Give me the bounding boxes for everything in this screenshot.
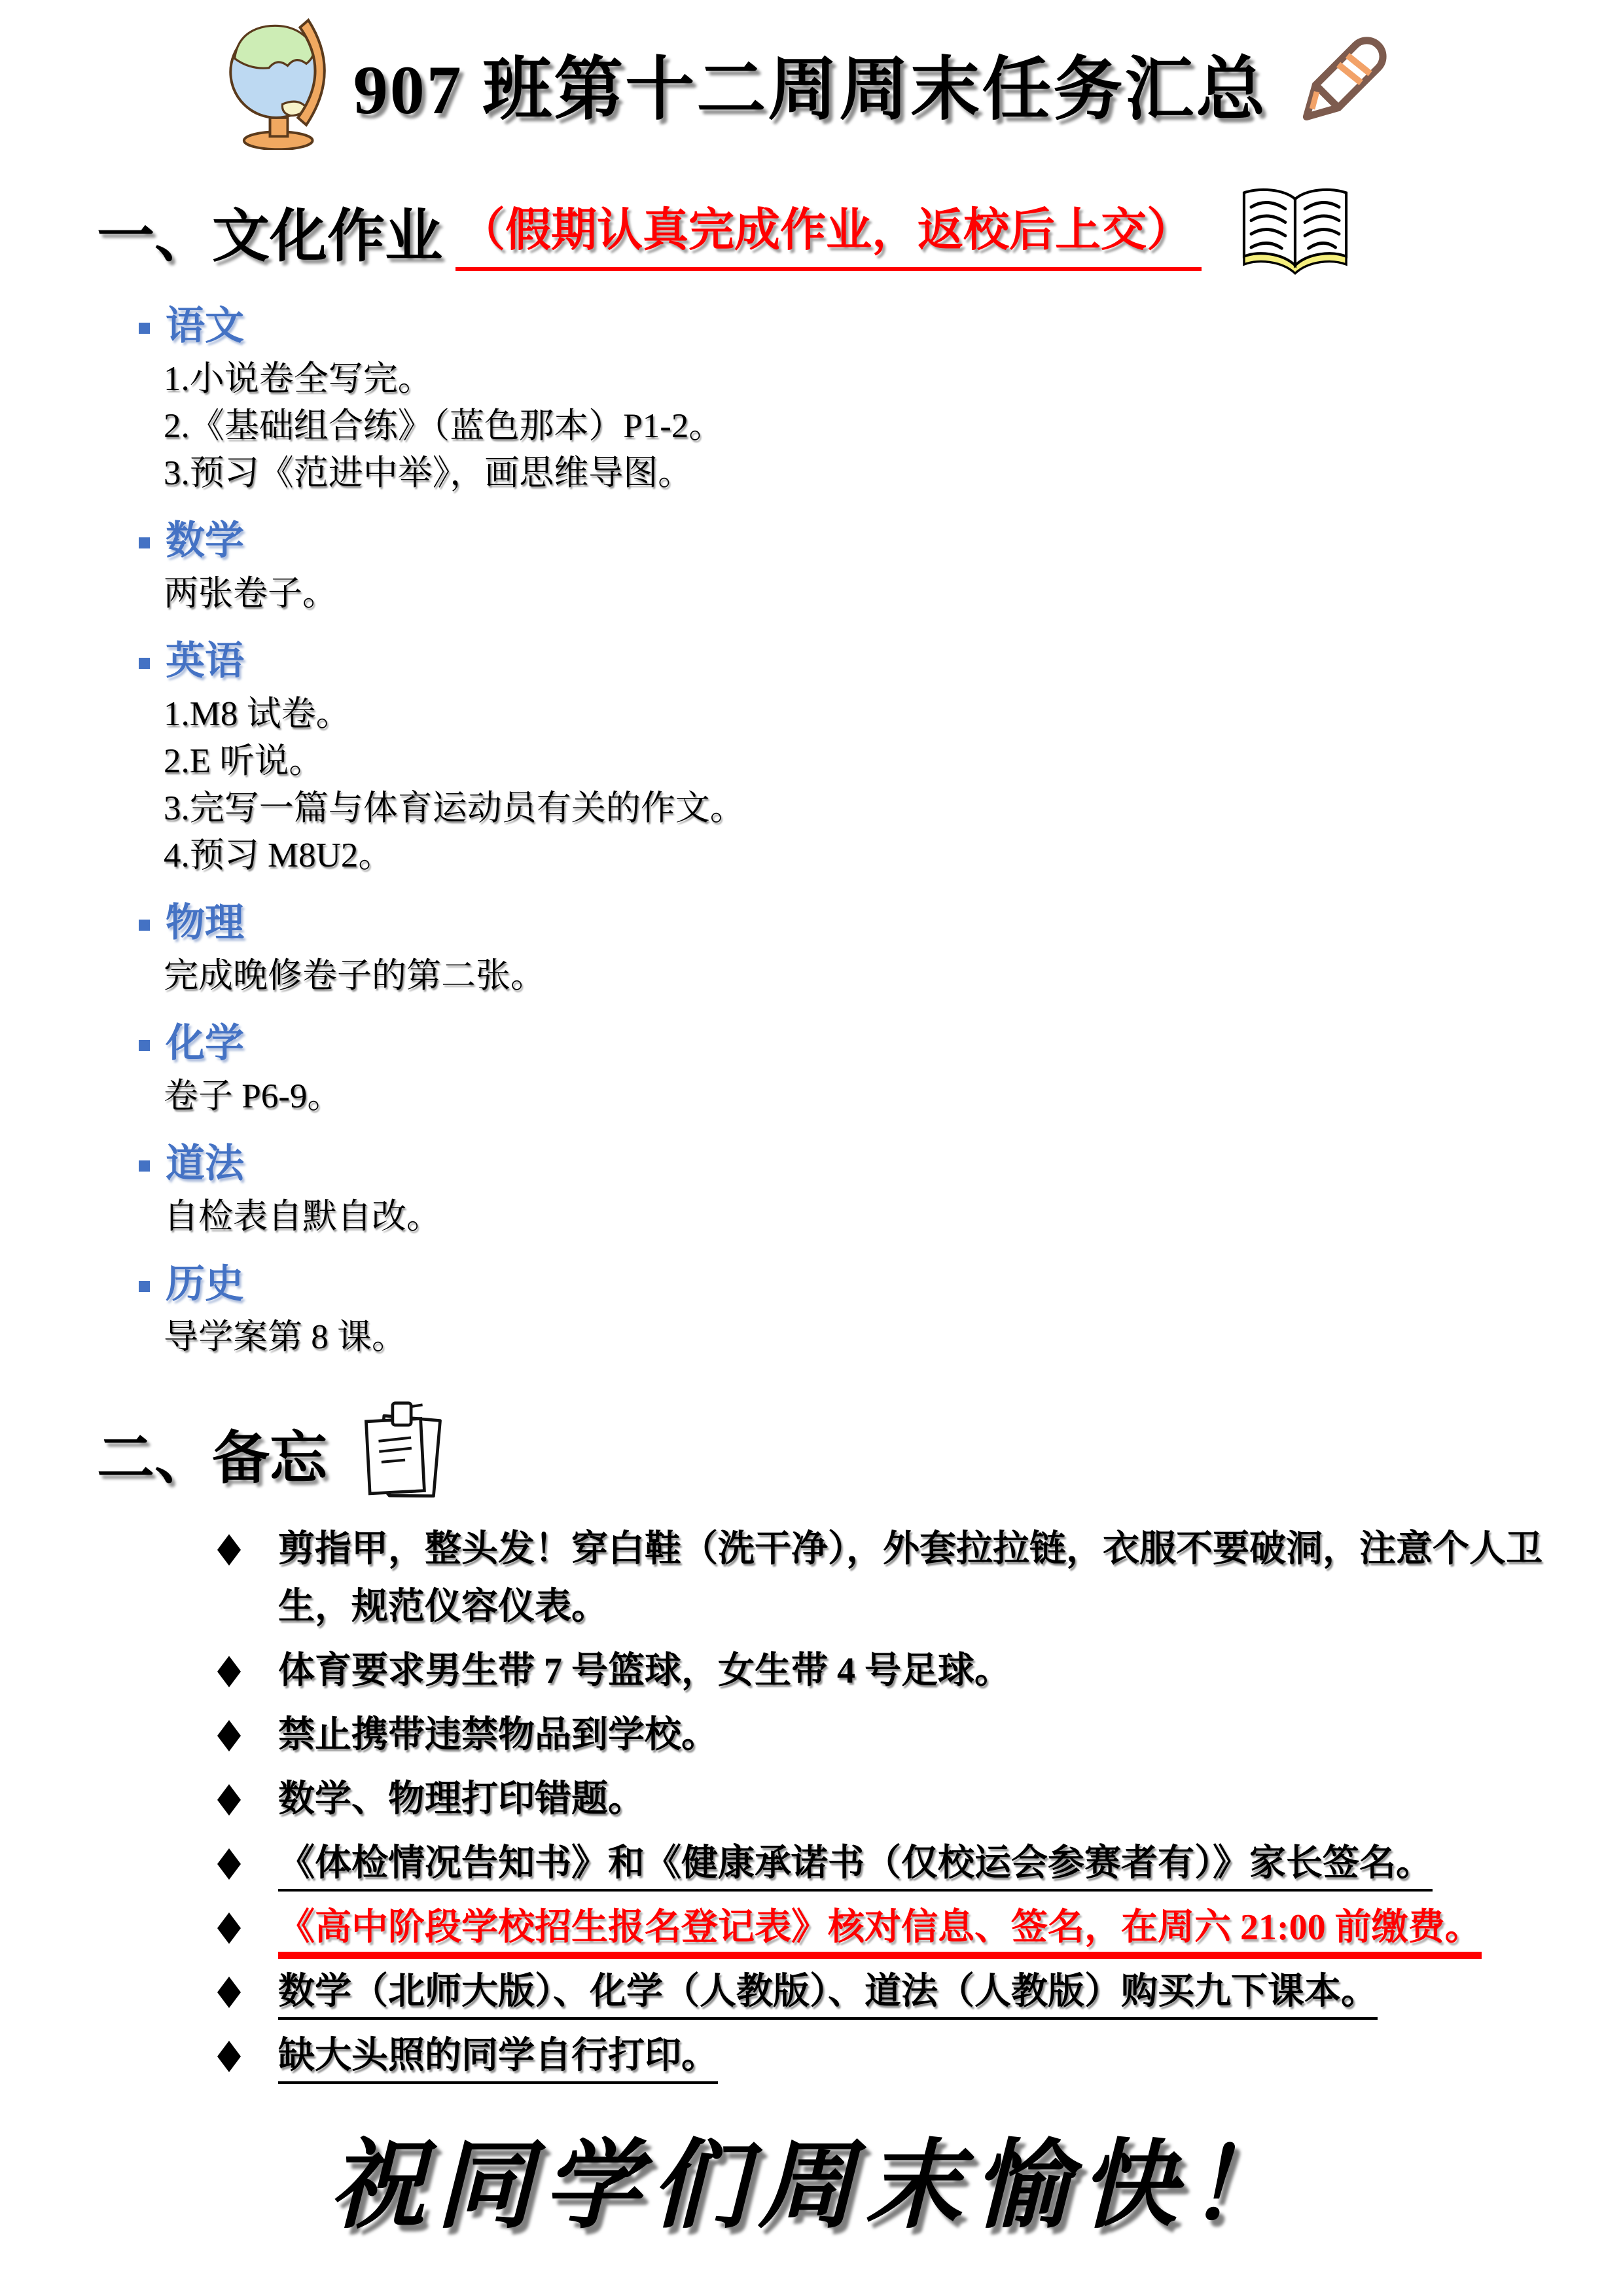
homework-item: 完成晚修卷子的第二张。	[164, 952, 1623, 999]
section-memo-heading-row: 二、备忘	[97, 1399, 1623, 1509]
square-bullet-icon	[139, 323, 150, 334]
subject-name: 化学	[166, 1022, 244, 1065]
diamond-bullet-icon	[217, 1848, 241, 1880]
subject-items: 1.M8 试卷。 2.E 听说。 3.完写一篇与体育运动员有关的作文。 4.预习…	[164, 691, 1623, 879]
subject-block-math: 数学 两张卷子。	[139, 519, 1623, 617]
square-bullet-icon	[139, 1281, 150, 1292]
diamond-bullet-icon	[217, 1912, 241, 1944]
homework-item: 1.小说卷全写完。	[164, 355, 1623, 403]
document-page: 907 班第十二周周末任务汇总 一、文化作业 （假期认真完成作业，返校后上交）	[0, 0, 1623, 2296]
homework-item: 4.预习 M8U2。	[164, 832, 1623, 879]
homework-item: 自检表自默自改。	[164, 1193, 1623, 1240]
subject-items: 两张卷子。	[164, 570, 1623, 617]
subject-heading: 道法	[139, 1142, 1623, 1185]
subject-name: 数学	[166, 519, 244, 562]
memo-item: 数学、物理打印错题。	[216, 1770, 1554, 1828]
memo-item: 禁止携带违禁物品到学校。	[216, 1706, 1554, 1764]
subject-block-history: 历史 导学案第 8 课。	[139, 1263, 1623, 1361]
page-title: 907 班第十二周周末任务汇总	[353, 34, 1268, 134]
globe-icon	[224, 17, 334, 150]
memo-item: 数学（北师大版）、化学（人教版）、道法（人教版）购买九下课本。	[216, 1963, 1554, 2020]
subject-heading: 英语	[139, 639, 1623, 683]
section-1-note: （假期认真完成作业，返校后上交）	[455, 193, 1202, 271]
footer-blessing: 祝同学们周末愉快！	[0, 2108, 1623, 2247]
subject-items: 1.小说卷全写完。 2.《基础组合练》（蓝色那本）P1-2。 3.预习《范进中举…	[164, 355, 1623, 497]
section-culture-heading-row: 一、文化作业 （假期认真完成作业，返校后上交）	[97, 184, 1623, 279]
square-bullet-icon	[139, 658, 150, 669]
section-2-heading: 二、备忘	[97, 1412, 327, 1495]
homework-item: 3.完写一篇与体育运动员有关的作文。	[164, 785, 1623, 832]
homework-item: 两张卷子。	[164, 570, 1623, 617]
memo-list: 剪指甲，整头发！穿白鞋（洗干净），外套拉拉链，衣服不要破洞，注意个人卫生，规范仪…	[216, 1520, 1623, 2085]
subject-heading: 历史	[139, 1263, 1623, 1306]
subject-name: 道法	[166, 1142, 244, 1185]
homework-item: 1.M8 试卷。	[164, 691, 1623, 738]
diamond-bullet-icon	[217, 1720, 241, 1751]
memo-item: 体育要求男生带 7 号篮球，女生带 4 号足球。	[216, 1642, 1554, 1700]
open-book-icon	[1237, 184, 1353, 279]
square-bullet-icon	[139, 537, 150, 548]
subject-heading: 化学	[139, 1022, 1623, 1065]
diamond-bullet-icon	[217, 1784, 241, 1816]
memo-item: 缺大头照的同学自行打印。	[216, 2027, 1554, 2085]
subject-block-morality: 道法 自检表自默自改。	[139, 1142, 1623, 1240]
homework-item: 2.E 听说。	[164, 738, 1623, 785]
diamond-bullet-icon	[217, 1656, 241, 1687]
subject-items: 自检表自默自改。	[164, 1193, 1623, 1240]
homework-item: 2.《基础组合练》（蓝色那本）P1-2。	[164, 403, 1623, 450]
subject-list: 语文 1.小说卷全写完。 2.《基础组合练》（蓝色那本）P1-2。 3.预习《范…	[139, 304, 1623, 1361]
subject-name: 英语	[166, 639, 244, 683]
subject-block-chemistry: 化学 卷子 P6-9。	[139, 1022, 1623, 1120]
subject-items: 导学案第 8 课。	[164, 1314, 1623, 1361]
title-row: 907 班第十二周周末任务汇总	[0, 0, 1623, 150]
diamond-bullet-icon	[217, 1534, 241, 1566]
subject-name: 历史	[166, 1263, 244, 1306]
diamond-bullet-icon	[217, 1977, 241, 2008]
memo-icon	[353, 1399, 450, 1509]
memo-item: 剪指甲，整头发！穿白鞋（洗干净），外套拉拉链，衣服不要破洞，注意个人卫生，规范仪…	[216, 1520, 1554, 1636]
subject-items: 完成晚修卷子的第二张。	[164, 952, 1623, 999]
section-1-heading: 一、文化作业	[97, 190, 442, 273]
homework-item: 导学案第 8 课。	[164, 1314, 1623, 1361]
subject-block-english: 英语 1.M8 试卷。 2.E 听说。 3.完写一篇与体育运动员有关的作文。 4…	[139, 639, 1623, 879]
subject-items: 卷子 P6-9。	[164, 1073, 1623, 1120]
diamond-bullet-icon	[217, 2041, 241, 2072]
homework-item: 卷子 P6-9。	[164, 1073, 1623, 1120]
subject-heading: 数学	[139, 519, 1623, 562]
memo-item-urgent: 《高中阶段学校招生报名登记表》核对信息、签名，在周六 21:00 前缴费。	[216, 1899, 1554, 1956]
memo-item: 《体检情况告知书》和《健康承诺书（仅校运会参赛者有）》家长签名。	[216, 1835, 1554, 1892]
subject-block-physics: 物理 完成晚修卷子的第二张。	[139, 901, 1623, 999]
subject-heading: 物理	[139, 901, 1623, 944]
square-bullet-icon	[139, 920, 150, 931]
subject-name: 语文	[166, 304, 244, 348]
square-bullet-icon	[139, 1160, 150, 1172]
pencil-icon	[1287, 27, 1399, 140]
subject-heading: 语文	[139, 304, 1623, 348]
subject-block-chinese: 语文 1.小说卷全写完。 2.《基础组合练》（蓝色那本）P1-2。 3.预习《范…	[139, 304, 1623, 497]
subject-name: 物理	[166, 901, 244, 944]
homework-item: 3.预习《范进中举》，画思维导图。	[164, 450, 1623, 497]
square-bullet-icon	[139, 1040, 150, 1051]
